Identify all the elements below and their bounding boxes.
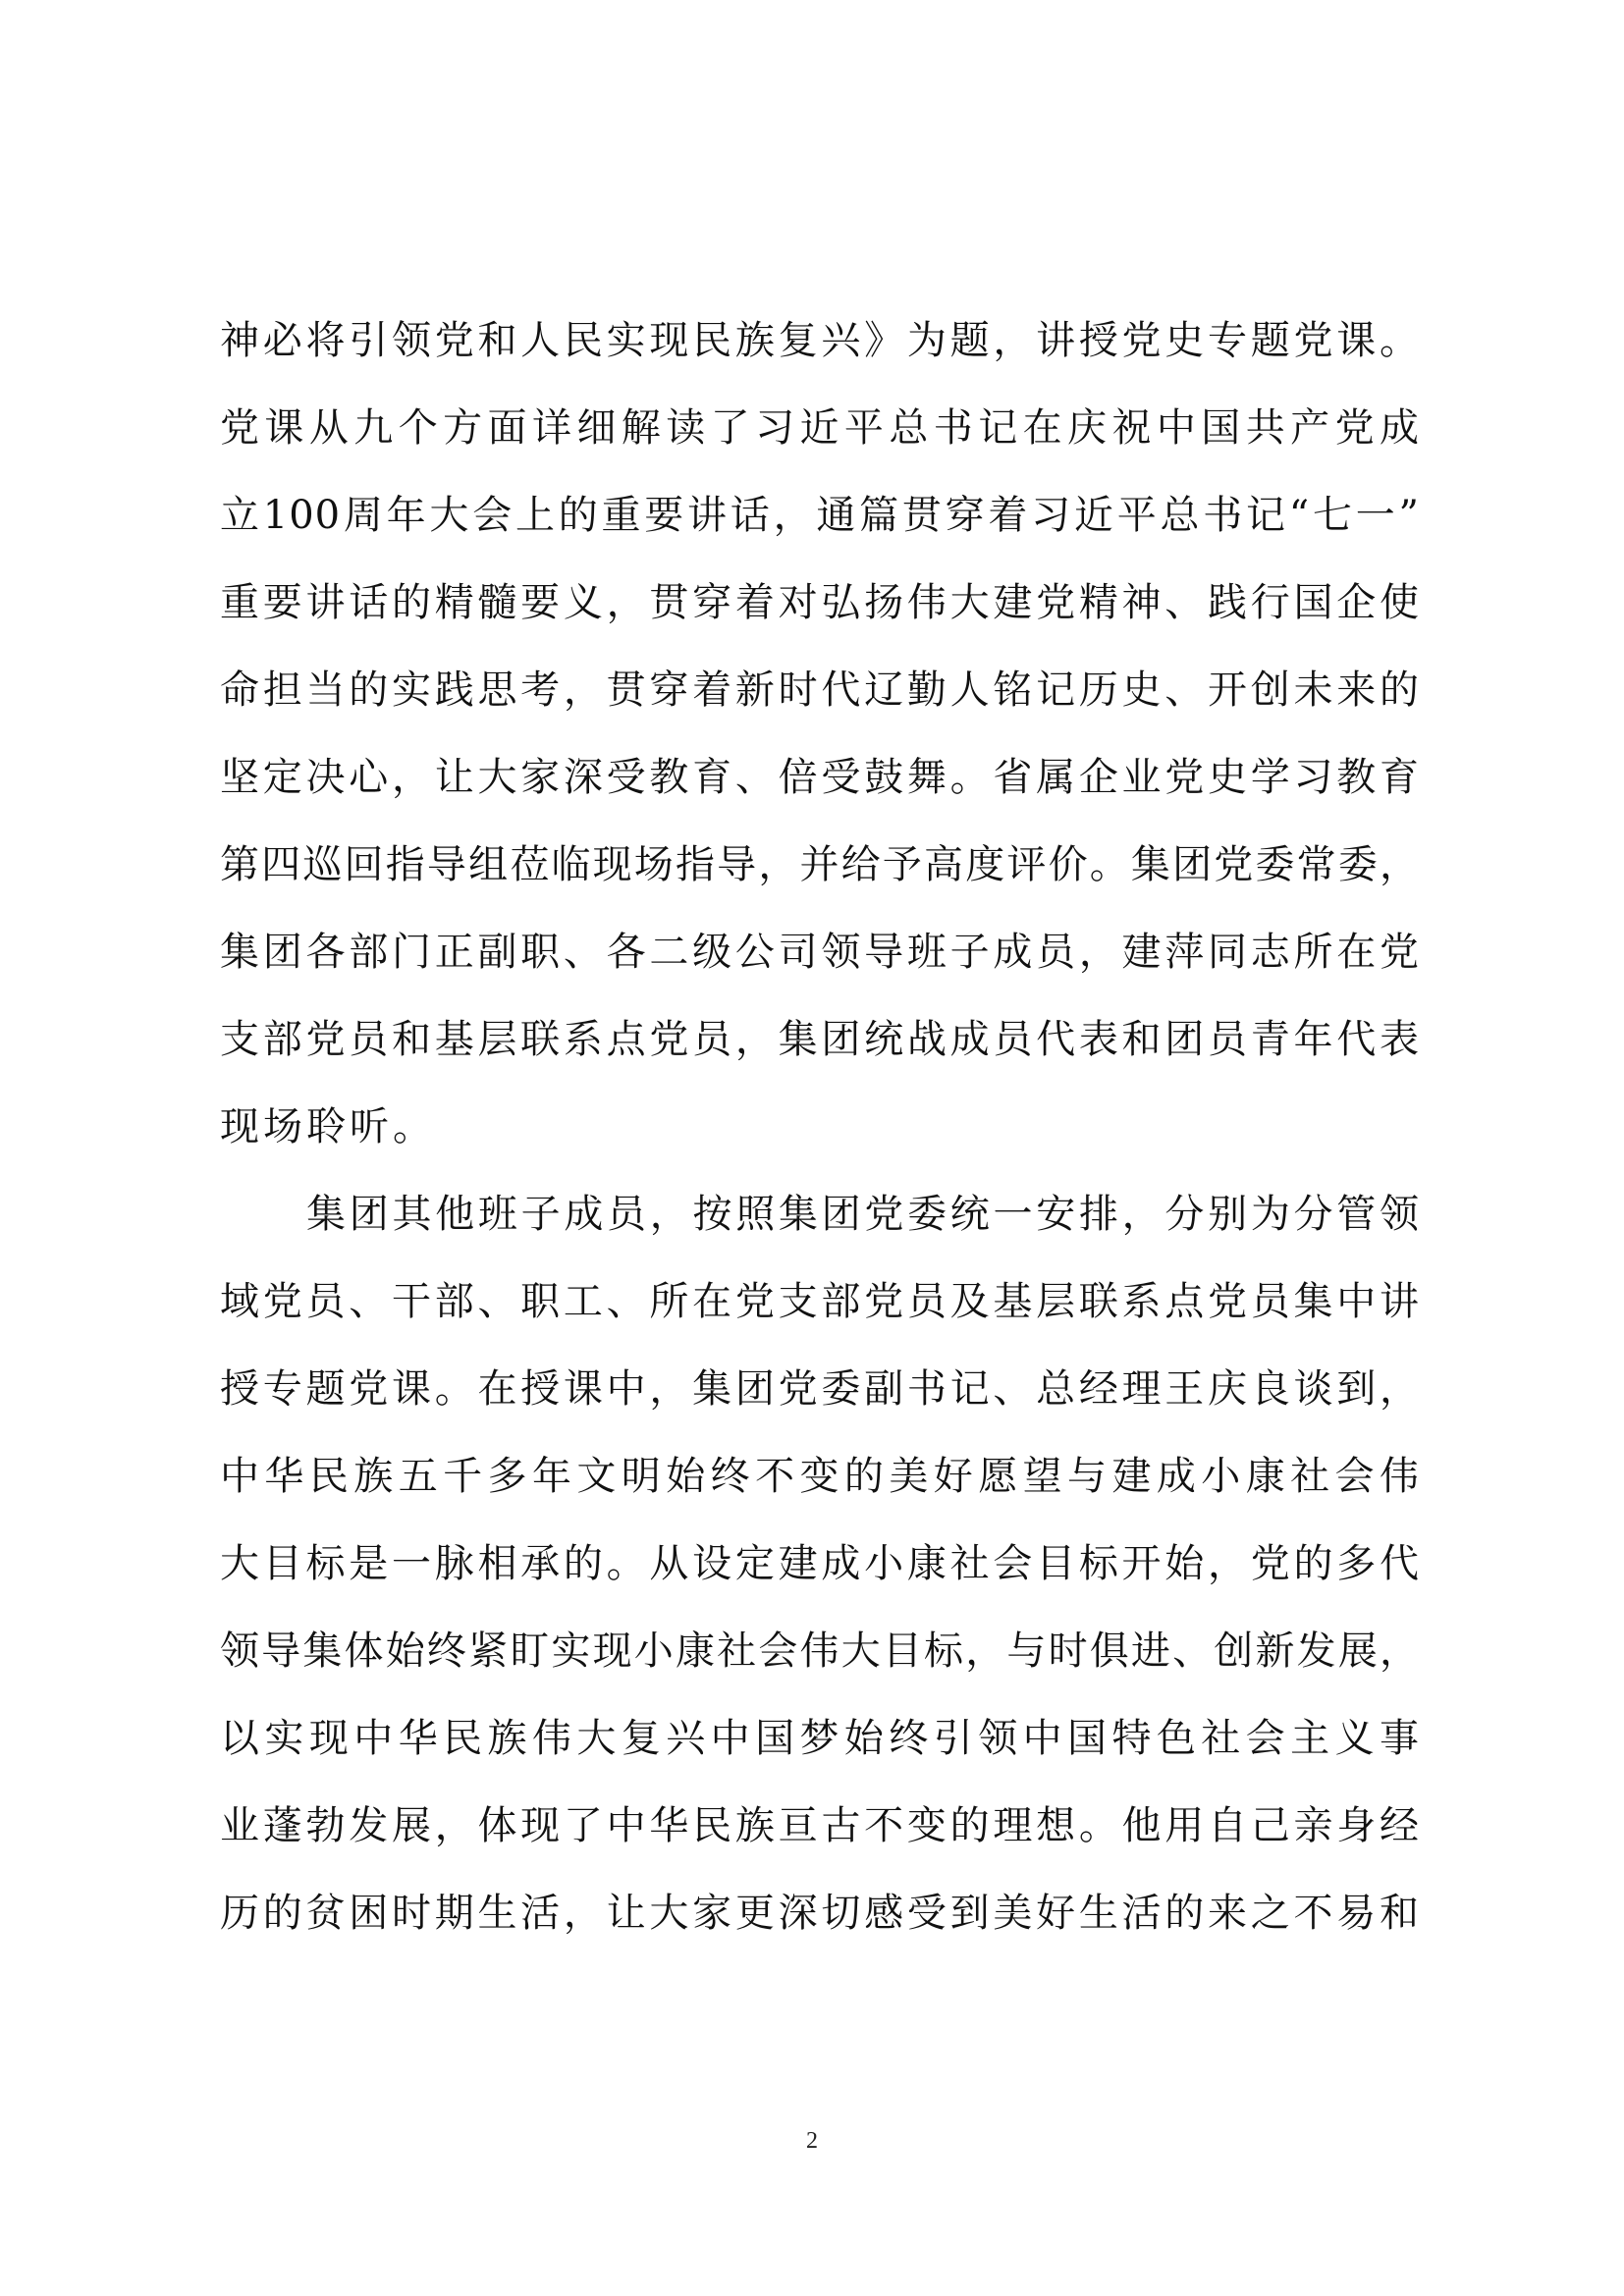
text-line: 域党员、干部、职工、所在党支部党员及基层联系点党员集中讲	[220, 1260, 1420, 1348]
text-line: 命担当的实践思考，贯穿着新时代辽勤人铭记历史、开创未来的	[220, 649, 1420, 736]
text-line: 历的贫困时期生活，让大家更深切感受到美好生活的来之不易和	[220, 1872, 1420, 1959]
body-text: 神必将引领党和人民实现民族复兴》为题，讲授党史专题党课。 党课从九个方面详细解读…	[220, 299, 1420, 1959]
text-line: 支部党员和基层联系点党员，集团统战成员代表和团员青年代表	[220, 998, 1420, 1086]
text-line: 以实现中华民族伟大复兴中国梦始终引领中国特色社会主义事	[220, 1697, 1420, 1785]
text-line: 党课从九个方面详细解读了习近平总书记在庆祝中国共产党成	[220, 387, 1420, 474]
text-line: 大目标是一脉相承的。从设定建成小康社会目标开始，党的多代	[220, 1522, 1420, 1610]
document-page: 神必将引领党和人民实现民族复兴》为题，讲授党史专题党课。 党课从九个方面详细解读…	[0, 0, 1624, 2296]
text-line: 领导集体始终紧盯实现小康社会伟大目标，与时俱进、创新发展，	[220, 1610, 1420, 1697]
text-line: 重要讲话的精髓要义，贯穿着对弘扬伟大建党精神、践行国企使	[220, 561, 1420, 649]
text-line: 坚定决心，让大家深受教育、倍受鼓舞。省属企业党史学习教育	[220, 736, 1420, 824]
paragraph-2: 集团其他班子成员，按照集团党委统一安排，分别为分管领 域党员、干部、职工、所在党…	[220, 1173, 1420, 1959]
text-line: 集团其他班子成员，按照集团党委统一安排，分别为分管领	[220, 1173, 1420, 1260]
page-number: 2	[0, 2128, 1624, 2155]
text-line: 集团各部门正副职、各二级公司领导班子成员，建萍同志所在党	[220, 911, 1420, 998]
text-line: 神必将引领党和人民实现民族复兴》为题，讲授党史专题党课。	[220, 299, 1420, 387]
text-line: 中华民族五千多年文明始终不变的美好愿望与建成小康社会伟	[220, 1435, 1420, 1522]
text-line: 现场聆听。	[220, 1086, 1420, 1173]
text-line: 授专题党课。在授课中，集团党委副书记、总经理王庆良谈到，	[220, 1348, 1420, 1435]
paragraph-1: 神必将引领党和人民实现民族复兴》为题，讲授党史专题党课。 党课从九个方面详细解读…	[220, 299, 1420, 1173]
text-line: 业蓬勃发展，体现了中华民族亘古不变的理想。他用自己亲身经	[220, 1785, 1420, 1872]
text-line: 第四巡回指导组莅临现场指导，并给予高度评价。集团党委常委，	[220, 824, 1420, 911]
text-line: 立100周年大会上的重要讲话，通篇贯穿着习近平总书记“七一”	[220, 474, 1420, 561]
